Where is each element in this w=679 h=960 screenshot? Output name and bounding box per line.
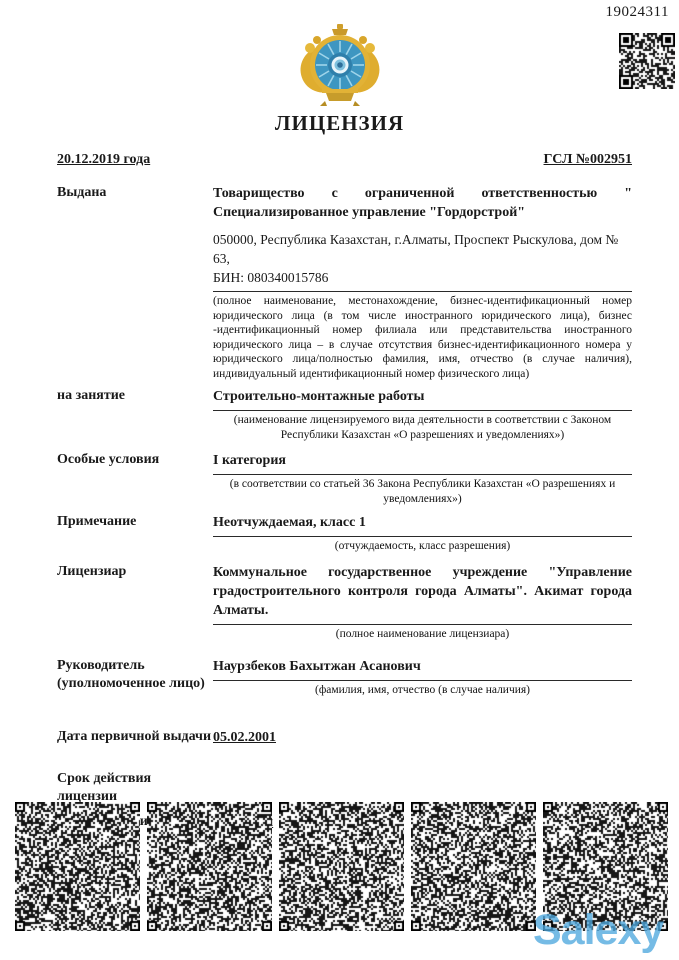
barcode-block-icon [279,802,404,931]
page-title: ЛИЦЕНЗИЯ [0,111,679,136]
activity-caption: (наименование лицензируемого вида деятел… [213,413,632,442]
document-fields: Выдана Товарищество с ограниченной ответ… [57,184,632,832]
special-conditions-value: I категория [213,451,632,470]
head-value: Наурзбеков Бахытжан Асанович [213,657,632,676]
head-label: Руководитель (уполномоченное лицо) [57,657,213,693]
field-issued-to: Выдана Товарищество с ограниченной ответ… [57,184,632,381]
licensee-name-line1: Товарищество с ограниченной ответственно… [213,184,632,203]
divider [213,624,632,625]
licensee-address: 050000, Республика Казахстан, г.Алматы, … [213,230,632,268]
divider [213,410,632,411]
note-value: Неотчуждаемая, класс 1 [213,513,632,532]
watermark: Salexy [533,906,663,955]
licensee-name-line2: Специализированное управление "Гордорстр… [213,203,632,222]
issue-date: 20.12.2019 года [57,152,150,168]
barcode-block-icon [411,802,536,931]
note-caption: (отчуждаемость, класс разрешения) [213,539,632,554]
first-issue-value: 05.02.2001 [213,730,276,745]
license-number: ГСЛ №002951 [544,152,632,168]
kazakhstan-emblem-icon [296,23,384,107]
document-serial-number: 19024311 [606,4,669,21]
first-issue-label: Дата первичной выдачи [57,728,213,746]
issued-to-caption: (полное наименование, местонахождение, б… [213,294,632,381]
licensor-caption: (полное наименование лицензиара) [213,627,632,642]
note-label: Примечание [57,513,213,531]
field-note: Примечание Неотчуждаемая, класс 1 (отчуж… [57,513,632,554]
validity-label: Срок действия лицензии [57,770,213,806]
field-licensor: Лицензиар Коммунальное государственное у… [57,563,632,642]
head-label-line2: (уполномоченное лицо) [57,675,213,693]
field-head: Руководитель (уполномоченное лицо) Наурз… [57,657,632,698]
head-label-line1: Руководитель [57,657,213,675]
divider [213,536,632,537]
licensor-label: Лицензиар [57,563,213,581]
special-conditions-caption: (в соответствии со статьей 36 Закона Рес… [213,477,632,506]
divider [213,680,632,681]
date-number-row: 20.12.2019 года ГСЛ №002951 [57,152,632,168]
special-conditions-label: Особые условия [57,451,213,469]
field-first-issue-date: Дата первичной выдачи 05.02.2001 [57,728,632,747]
barcode-block-icon [15,802,140,931]
field-activity: на занятие Строительно-монтажные работы … [57,387,632,442]
qr-code-icon [619,33,675,89]
validity-label-line1: Срок действия [57,770,213,788]
issued-to-label: Выдана [57,184,213,202]
field-validity-period: Срок действия лицензии [57,770,632,806]
licensee-bin: БИН: 080340015786 [213,268,632,287]
divider [213,291,632,292]
field-special-conditions: Особые условия I категория (в соответств… [57,451,632,506]
head-caption: (фамилия, имя, отчество (в случае наличи… [213,683,632,698]
activity-label: на занятие [57,387,213,405]
license-document: 19024311 [0,0,679,960]
barcode-block-icon [147,802,272,931]
licensor-value: Коммунальное государственное учреждение … [213,563,632,620]
activity-value: Строительно-монтажные работы [213,387,632,406]
divider [213,474,632,475]
